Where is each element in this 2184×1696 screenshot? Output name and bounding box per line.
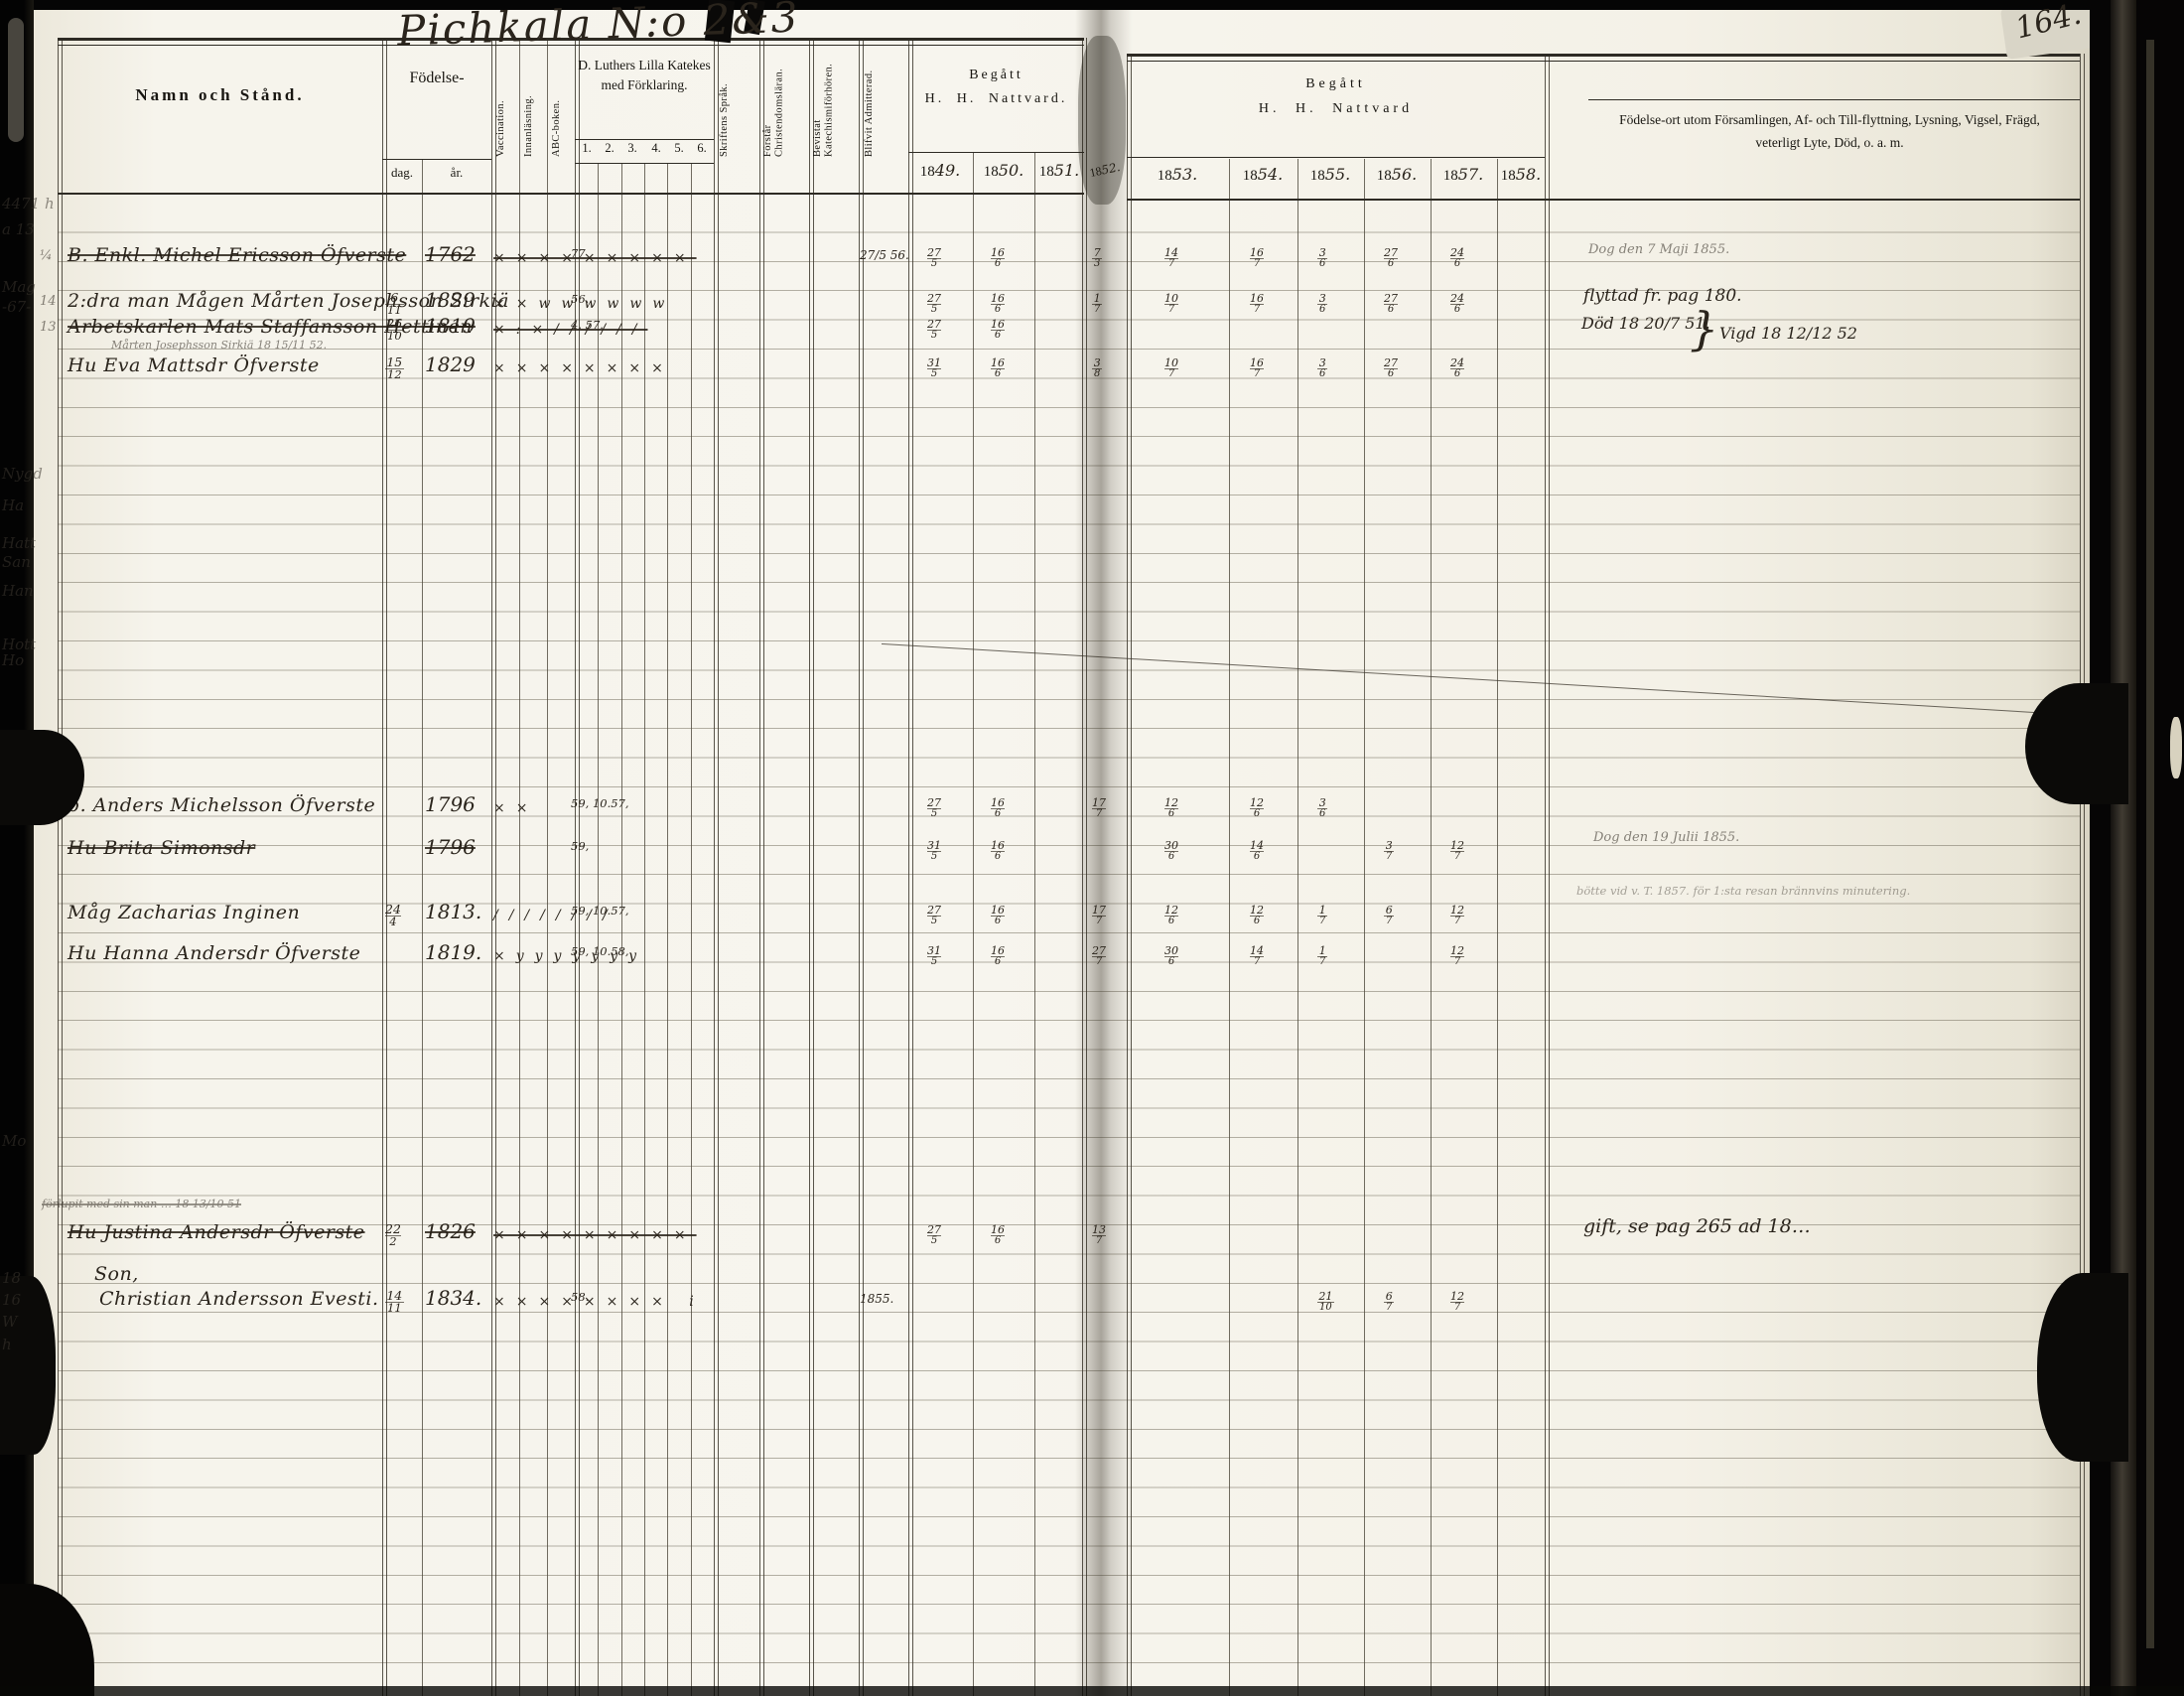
communion-mark: 167 — [1250, 358, 1264, 379]
scanned-ledger-page: Pichkala N:o 2&3 164. Namn och Stånd. Fö… — [0, 0, 2184, 1696]
admitted-note: 1855. — [860, 1292, 893, 1306]
table-vline — [491, 38, 496, 1696]
margin-scribble: W — [2, 1313, 17, 1331]
communion-mark: 126 — [1250, 798, 1264, 819]
col-header-communion-left: BegåttH. H. Nattvard. — [908, 64, 1084, 111]
catechism-sub-number: 2. — [600, 141, 619, 156]
table-vline — [1297, 159, 1298, 1696]
birth-year: 1819. — [425, 940, 481, 964]
col-header-skriftens-sprak: Skriftens Språk. — [719, 48, 762, 157]
catechism-sub-number: 5. — [669, 141, 689, 156]
margin-scribble: Hatt — [2, 534, 36, 552]
communion-mark: 275 — [927, 906, 941, 926]
admitted-note: 27/5 56. — [860, 248, 909, 262]
table-hline — [58, 193, 1084, 195]
right-blob-2 — [2037, 1273, 2128, 1462]
communion-mark: 36 — [1317, 358, 1327, 379]
margin-scribble: Ha — [2, 496, 24, 514]
communion-mark: 275 — [927, 1225, 941, 1246]
right-page-curl-2 — [2146, 40, 2154, 1648]
communion-mark: 315 — [927, 358, 941, 379]
communion-mark: 246 — [1450, 248, 1464, 269]
table-vline — [1229, 159, 1230, 1696]
right-curl-notch — [2170, 717, 2182, 778]
communion-mark: 166 — [991, 906, 1005, 926]
communion-mark: 166 — [991, 320, 1005, 341]
exam-note: 56. — [571, 292, 589, 306]
table-vline — [859, 38, 864, 1696]
margin-scribble: Mag — [2, 278, 36, 296]
communion-mark: 67 — [1384, 1292, 1394, 1313]
exam-note: 59, 10.57, — [571, 796, 629, 810]
table-vline — [1497, 159, 1498, 1696]
communion-mark: 166 — [991, 798, 1005, 819]
year-header-1855: 1855. — [1300, 165, 1360, 185]
reading-marks: ×××××××× i — [493, 1294, 705, 1310]
communion-mark: 147 — [1164, 248, 1178, 269]
fold-top-smudge — [1078, 36, 1126, 205]
birth-year: 1826 — [425, 1219, 476, 1243]
communion-mark: 147 — [1250, 946, 1264, 967]
note-brace: } — [1690, 302, 1718, 355]
communion-mark: 67 — [1384, 906, 1394, 926]
communion-mark: 107 — [1164, 358, 1178, 379]
year-header-1850: 1850. — [974, 161, 1033, 181]
catechism-sub-number: 4. — [646, 141, 666, 156]
row-name: Hu Eva Mattsdr Öfverste — [68, 354, 320, 376]
row-name: Arbetskarlen Mats Staffansson Hettinen — [68, 316, 473, 338]
reading-marks: ×× — [493, 800, 538, 816]
birth-year: 1813. — [425, 900, 481, 923]
table-vline — [691, 163, 692, 1696]
communion-mark: 275 — [927, 320, 941, 341]
year-header-1853: 1853. — [1148, 165, 1207, 185]
left-edge-highlight — [8, 18, 24, 142]
communion-mark: 146 — [1250, 841, 1264, 862]
row-name: Hu Brita Simonsdr — [68, 837, 255, 859]
communion-mark: 17 — [1317, 906, 1327, 926]
birth-year: 1829 — [425, 288, 476, 312]
row-name: Hu Justina Andersdr Öfverste — [68, 1221, 365, 1243]
exam-note: 59, 10.58, — [571, 944, 629, 958]
table-vline — [621, 163, 622, 1696]
row-name: Son, — [94, 1263, 139, 1285]
table-vline — [667, 163, 668, 1696]
table-hline — [382, 159, 491, 160]
table-hline — [575, 139, 714, 140]
table-vline — [422, 159, 423, 1696]
year-header-1858: 1858. — [1491, 165, 1551, 185]
table-vline — [382, 38, 387, 1696]
col-header-bevistat-katechismiforhoren: Bevistat Katechismiförhören. — [812, 48, 856, 157]
communion-mark: 166 — [991, 358, 1005, 379]
marginal-note: Vigd 18 12/12 52 — [1719, 324, 1857, 343]
table-vline — [714, 38, 719, 1696]
communion-mark: 315 — [927, 841, 941, 862]
margin-scribble: a 13 — [2, 220, 35, 238]
birth-year: 1819 — [425, 314, 476, 338]
margin-scribble: 18 — [2, 1269, 21, 1287]
table-vline — [58, 38, 63, 1696]
bottom-edge-shade — [0, 1686, 2184, 1696]
communion-mark: 167 — [1250, 294, 1264, 315]
communion-mark: 2110 — [1317, 1292, 1334, 1313]
exam-note: 77 — [571, 246, 586, 260]
birth-day: 1411 — [385, 1290, 404, 1314]
marginal-note: gift, se pag 265 ad 18… — [1583, 1215, 1811, 1237]
birth-year: 1829 — [425, 353, 476, 376]
reading-marks: ××××××××× — [493, 250, 697, 266]
margin-scribble: 4471 h — [2, 195, 55, 212]
communion-mark: 275 — [927, 248, 941, 269]
communion-mark: 36 — [1317, 798, 1327, 819]
birth-year: 1796 — [425, 792, 476, 816]
reading-marks: ××××××××× — [493, 1227, 697, 1243]
marginal-note: bötte vid v. T. 1857. för 1:sta resan br… — [1576, 884, 1910, 898]
birth-year: 1762 — [425, 242, 476, 266]
communion-mark: 126 — [1164, 906, 1178, 926]
col-header-birth: Födelse- — [382, 70, 491, 87]
col-header-abc-boken: ABC-boken. — [551, 48, 573, 157]
communion-mark: 246 — [1450, 358, 1464, 379]
communion-mark: 276 — [1384, 294, 1398, 315]
communion-mark: 37 — [1384, 841, 1394, 862]
row-name: B. Enkl. Michel Ericsson Öfverste — [68, 244, 406, 266]
year-header-1854: 1854. — [1233, 165, 1293, 185]
table-vline — [644, 163, 645, 1696]
row-name: förlupit med sin man … 18 13/10 51 — [42, 1198, 241, 1210]
table-hline — [1127, 54, 2080, 57]
communion-mark: 276 — [1384, 248, 1398, 269]
birth-day: 1512 — [385, 356, 404, 380]
table-vline — [1034, 152, 1035, 1696]
table-vline — [575, 38, 580, 1696]
row-name: Christian Andersson Evesti. — [99, 1288, 379, 1310]
communion-mark: 167 — [1250, 248, 1264, 269]
col-subheader-birth-year: år. — [422, 165, 491, 181]
communion-mark: 126 — [1250, 906, 1264, 926]
communion-mark: 306 — [1164, 946, 1178, 967]
table-vline — [809, 38, 814, 1696]
exam-note: 59, 10.57, — [571, 904, 629, 918]
margin-scribble: 16 — [2, 1291, 21, 1309]
col-header-blifvit-admitterad: Blifvit Admitterad. — [864, 48, 907, 157]
margin-scribble: -67- — [2, 298, 31, 316]
table-vline — [1545, 54, 1550, 1696]
row-margin-code: ¼ — [40, 248, 53, 263]
communion-mark: 246 — [1450, 294, 1464, 315]
communion-mark: 306 — [1164, 841, 1178, 862]
col-header-catechism: D. Luthers Lilla Katekes med Förklaring. — [575, 56, 714, 94]
table-hline — [1588, 99, 2080, 100]
row-margin-code: 14 — [40, 294, 57, 309]
birth-year: 1796 — [425, 835, 476, 859]
right-blob — [2025, 683, 2128, 804]
communion-mark: 166 — [991, 294, 1005, 315]
catechism-sub-number: 6. — [692, 141, 712, 156]
row-name: Mårten Josephsson Sirkiä 18 15/11 52. — [111, 339, 327, 352]
row-margin-code: 13 — [40, 320, 57, 335]
communion-mark: 166 — [991, 946, 1005, 967]
communion-mark: 127 — [1450, 906, 1464, 926]
row-name: b. Anders Michelsson Öfverste — [68, 794, 375, 816]
birth-day: 611 — [385, 292, 404, 316]
table-vline — [547, 38, 548, 1696]
communion-mark: 166 — [991, 1225, 1005, 1246]
page-fold-shadow — [1075, 0, 1133, 1696]
birth-day: 244 — [385, 904, 401, 927]
table-hline — [575, 163, 714, 164]
table-hline — [1127, 61, 2080, 62]
communion-mark: 126 — [1164, 798, 1178, 819]
col-header-communion-right: BegåttH. H. Nattvard — [1127, 71, 1545, 121]
col-header-vaccination: Vaccination. — [495, 48, 517, 157]
birth-day: 2610 — [385, 318, 404, 342]
year-header-1856: 1856. — [1367, 165, 1427, 185]
top-edge-band — [0, 0, 2184, 10]
communion-mark: 127 — [1450, 841, 1464, 862]
birth-year: 1834. — [425, 1286, 481, 1310]
marginal-note: Dog den 19 Julii 1855. — [1593, 830, 1739, 845]
communion-mark: 127 — [1450, 1292, 1464, 1313]
table-vline — [1431, 159, 1432, 1696]
communion-mark: 275 — [927, 798, 941, 819]
catechism-sub-number: 1. — [577, 141, 597, 156]
communion-mark: 275 — [927, 294, 941, 315]
exam-note: 59, — [571, 839, 589, 853]
exam-note: 4. 57. — [571, 318, 604, 332]
catechism-sub-number: 3. — [622, 141, 642, 156]
communion-mark: 36 — [1317, 248, 1327, 269]
reading-marks: ×××××××× — [493, 360, 674, 376]
col-header-name: Namn och Stånd. — [58, 85, 382, 105]
margin-scribble: Ho — [2, 651, 24, 669]
table-hline — [908, 152, 1084, 153]
margin-scribble: Mo — [2, 1132, 26, 1150]
row-name: Hu Hanna Andersdr Öfverste — [68, 942, 360, 964]
table-vline — [598, 163, 599, 1696]
col-subheader-birth-day: dag. — [382, 165, 422, 181]
communion-mark: 36 — [1317, 294, 1327, 315]
margin-scribble: Nygd — [2, 465, 43, 483]
year-header-1849: 1849. — [910, 161, 970, 181]
table-hline — [1127, 199, 2080, 201]
table-vline — [973, 152, 974, 1696]
ruled-lines — [58, 204, 2080, 1688]
col-header-innanlasning: Innanläsning. — [523, 48, 545, 157]
table-vline — [759, 38, 764, 1696]
year-header-1857: 1857. — [1433, 165, 1493, 185]
communion-mark: 315 — [927, 946, 941, 967]
marginal-note: Dog den 7 Maji 1855. — [1588, 242, 1729, 257]
exam-note: 58. — [571, 1290, 589, 1304]
row-name: Måg Zacharias Inginen — [68, 902, 300, 923]
communion-mark: 166 — [991, 248, 1005, 269]
margin-scribble: Han — [2, 582, 34, 600]
communion-mark: 17 — [1317, 946, 1327, 967]
communion-mark: 127 — [1450, 946, 1464, 967]
table-vline — [1364, 159, 1365, 1696]
communion-mark: 166 — [991, 841, 1005, 862]
table-vline — [908, 38, 913, 1696]
margin-scribble: San — [2, 553, 31, 571]
communion-mark: 107 — [1164, 294, 1178, 315]
table-hline — [1127, 157, 1545, 158]
col-header-forstar-christendomslaran: Förstår Christendomsläran. — [762, 48, 806, 157]
communion-mark: 276 — [1384, 358, 1398, 379]
table-vline — [519, 38, 520, 1696]
birth-day: 222 — [385, 1223, 401, 1247]
margin-scribble: h — [2, 1336, 12, 1353]
col-header-notes: Födelse-ort utom Församlingen, Af- och T… — [1596, 109, 2063, 155]
